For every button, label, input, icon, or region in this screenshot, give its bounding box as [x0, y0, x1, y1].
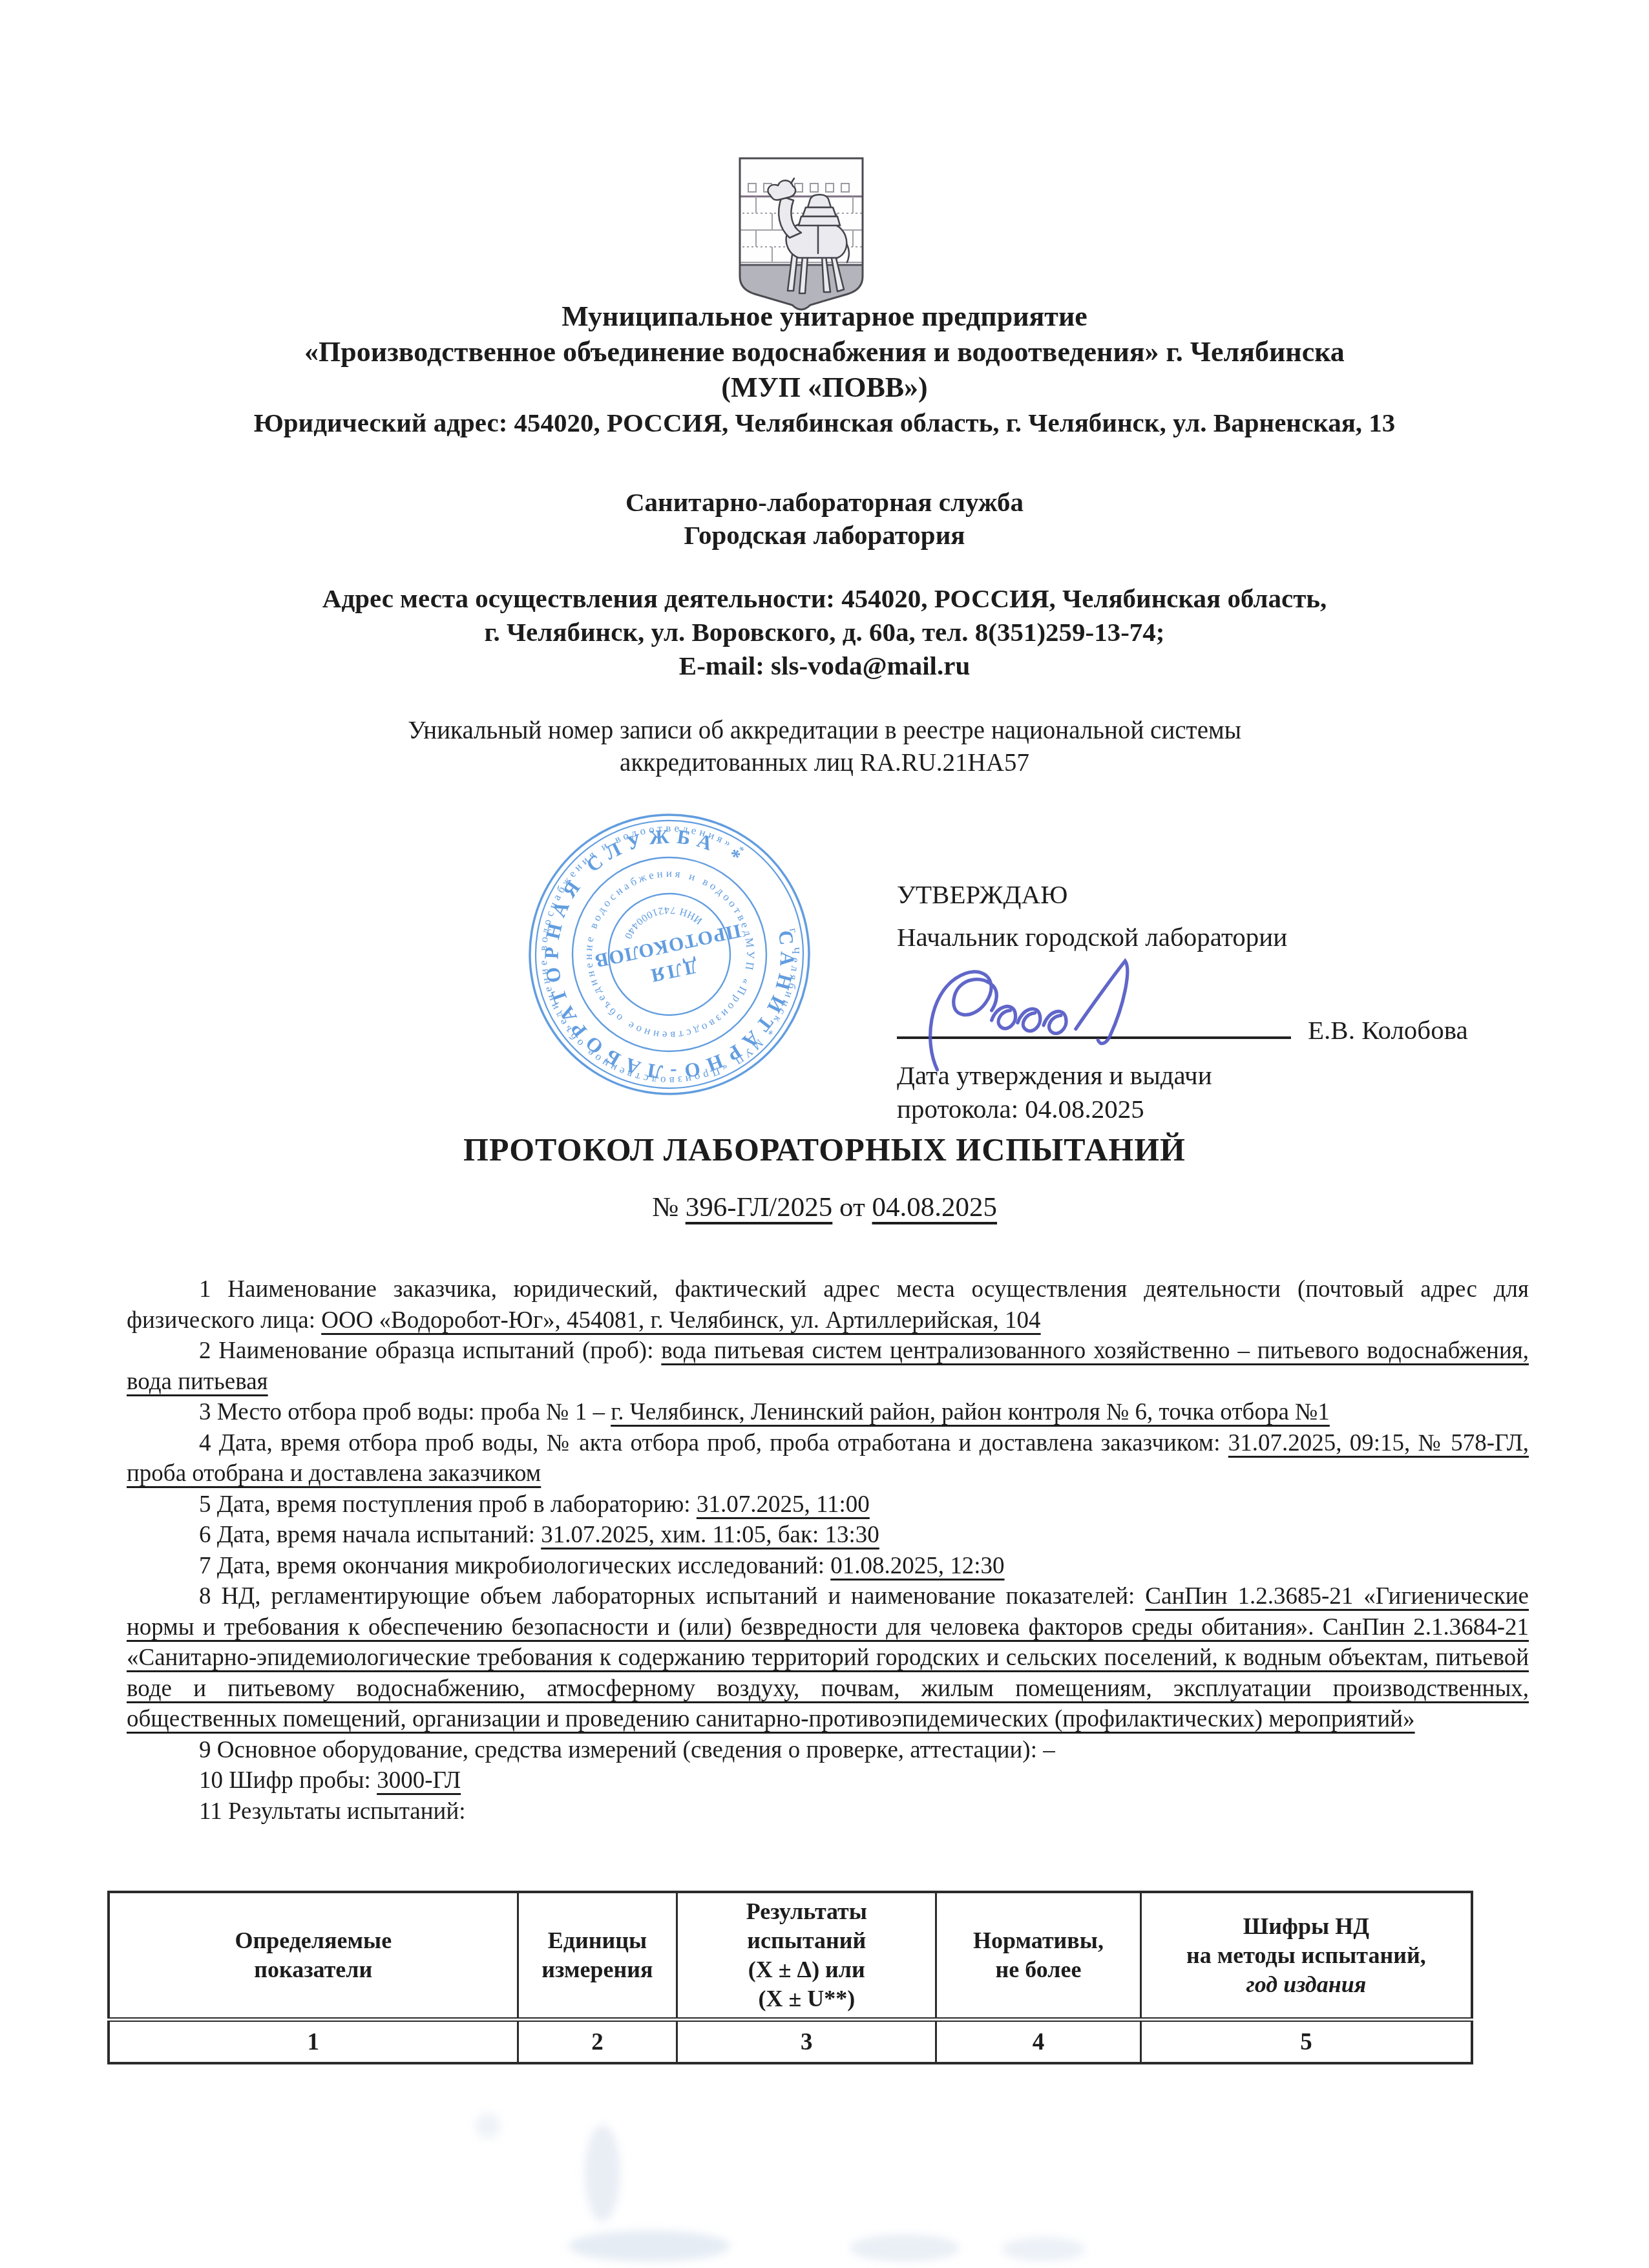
protocol-date: 04.08.2025	[872, 1192, 998, 1223]
org-name-line-2: «Производственное объединение водоснабже…	[0, 334, 1649, 370]
col-number-1: 1	[109, 2020, 518, 2064]
item-5: 5 Дата, время поступления проб в лаборат…	[127, 1489, 1529, 1520]
col-number-2: 2	[518, 2020, 677, 2064]
org-email: E-mail: sls-voda@mail.ru	[0, 649, 1649, 682]
item-1: 1 Наименование заказчика, юридический, ф…	[127, 1274, 1529, 1336]
col-header-results: Результаты испытаний (X ± Δ) или (X ± U*…	[677, 1892, 936, 2020]
item-6: 6 Дата, время начала испытаний: 31.07.20…	[127, 1520, 1529, 1551]
scan-smudge	[850, 2234, 960, 2262]
approval-block: УТВЕРЖДАЮ Начальник городской лаборатори…	[897, 877, 1556, 1126]
col-number-5: 5	[1140, 2020, 1472, 2064]
number-conj: от	[832, 1192, 872, 1223]
org-service: Санитарно-лабораторная служба	[0, 486, 1649, 519]
item-4: 4 Дата, время отбора проб воды, № акта о…	[127, 1428, 1529, 1489]
protocol-page: Муниципальное унитарное предприятие «Про…	[0, 0, 1649, 2268]
number-sign: №	[652, 1192, 686, 1223]
item-9: 9 Основное оборудование, средства измере…	[127, 1735, 1529, 1766]
org-lab: Городская лаборатория	[0, 519, 1649, 552]
item-11: 11 Результаты испытаний:	[127, 1796, 1529, 1827]
table-column-numbers-row: 1 2 3 4 5	[109, 2020, 1472, 2064]
col-number-3: 3	[677, 2020, 936, 2064]
col-header-parameters: Определяемые показатели	[109, 1892, 518, 2020]
item-3: 3 Место отбора проб воды: проба № 1 – г.…	[127, 1397, 1529, 1428]
scan-smudge	[475, 2113, 501, 2139]
approver-name: Е.В. Колобова	[1308, 1015, 1468, 1045]
item-2: 2 Наименование образца испытаний (проб):…	[127, 1336, 1529, 1397]
org-name-line-3: (МУП «ПОВВ»)	[0, 370, 1649, 405]
item-10: 10 Шифр пробы: 3000-ГЛ	[127, 1765, 1529, 1796]
document-title: ПРОТОКОЛ ЛАБОРАТОРНЫХ ИСПЫТАНИЙ	[0, 1131, 1649, 1168]
table-header-row: Определяемые показатели Единицы измерени…	[109, 1892, 1472, 2020]
accreditation-line-1: Уникальный номер записи об аккредитации …	[0, 715, 1649, 747]
protocol-items: 1 Наименование заказчика, юридический, ф…	[127, 1274, 1529, 1827]
col-header-units: Единицы измерения	[518, 1892, 677, 2020]
org-name-line-1: Муниципальное унитарное предприятие	[0, 299, 1649, 334]
signature	[916, 947, 1201, 1080]
scan-smudge	[585, 2125, 620, 2221]
round-stamp: г. Челябинск * МУП «Производственное объ…	[523, 808, 815, 1102]
document-number: № 396-ГЛ/2025 от 04.08.2025	[0, 1192, 1649, 1223]
col-header-norms: Нормативы, не более	[936, 1892, 1141, 2020]
activity-address-line-2: г. Челябинск, ул. Воровского, д. 60а, те…	[0, 615, 1649, 649]
scan-smudge	[1002, 2237, 1086, 2262]
col-number-4: 4	[936, 2020, 1141, 2064]
protocol-number: 396-ГЛ/2025	[686, 1192, 833, 1223]
org-legal-address: Юридический адрес: 454020, РОССИЯ, Челяб…	[0, 405, 1649, 441]
activity-address-line-1: Адрес места осуществления деятельности: …	[0, 582, 1649, 615]
chelyabinsk-coat-of-arms-icon	[738, 156, 865, 315]
item-8: 8 НД, регламентирующие объем лабораторны…	[127, 1581, 1529, 1735]
item-7: 7 Дата, время окончания микробиологическ…	[127, 1551, 1529, 1582]
approve-label: УТВЕРЖДАЮ	[897, 877, 1556, 911]
results-table: Определяемые показатели Единицы измерени…	[107, 1891, 1473, 2064]
accreditation-line-2: аккредитованных лиц RA.RU.21НА57	[0, 747, 1649, 779]
col-header-method-codes: Шифры НД на методы испытаний,год издания	[1140, 1892, 1472, 2020]
org-header: Муниципальное унитарное предприятие «Про…	[0, 299, 1649, 779]
scan-smudge	[569, 2231, 730, 2262]
stamp-center-line-1: ДЛЯ	[647, 956, 700, 987]
approval-date-value: протокола: 04.08.2025	[897, 1092, 1556, 1126]
